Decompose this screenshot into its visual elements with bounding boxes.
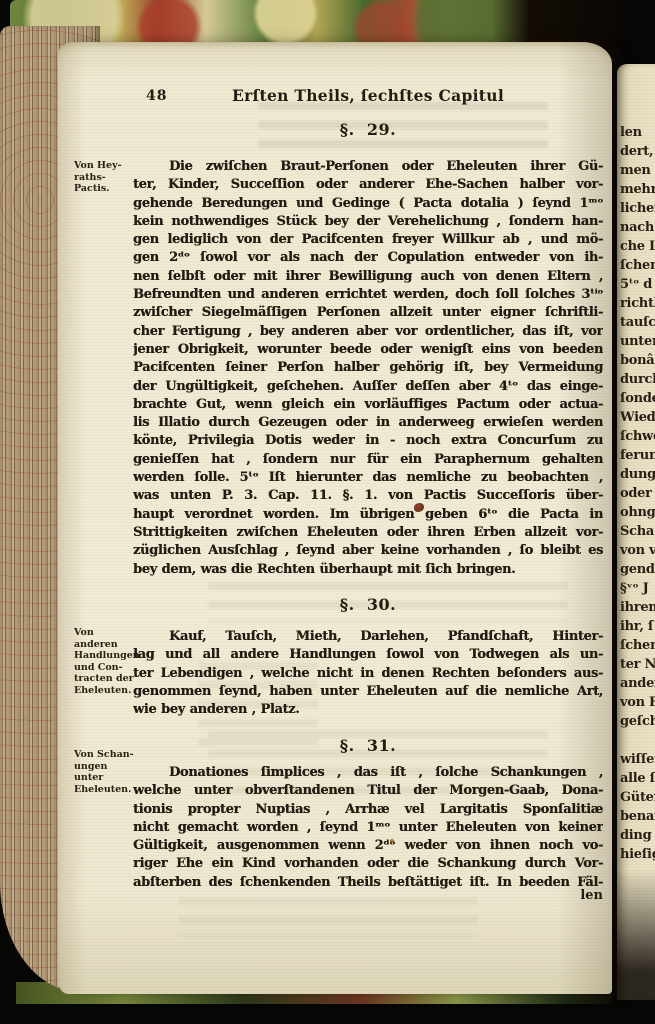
book-photograph: 48 Erſten Theils, ſechſtes Capitul §. 29… bbox=[0, 0, 655, 1024]
text-fragment: wiſſern bbox=[620, 750, 655, 769]
next-page-text-fragments-lower: wiſſernalle ſoGüterbenandinghieſige bbox=[620, 750, 655, 864]
next-page-text-fragments-upper: lendert,menmehrlichennachche Lſchen5ᵗᵒ d… bbox=[620, 123, 655, 731]
margin-note-heyraths-pactis: Von Hey-raths-Pactis. bbox=[74, 160, 134, 195]
text-fragment: mehr bbox=[620, 180, 655, 199]
margin-note-line: und Con- bbox=[74, 662, 134, 674]
text-fragment: ſchenk bbox=[620, 636, 655, 655]
text-line: riger Ehe ein Kind vorhanden oder die Sc… bbox=[133, 855, 603, 873]
paragraph-30: Kauf, Tauſch, Mieth, Darlehen, Pfandſcha… bbox=[133, 628, 603, 723]
text-fragment: dert, bbox=[620, 142, 655, 161]
text-line: jener Obrigkeit, worunter beede oder wen… bbox=[133, 341, 603, 359]
text-fragment: ſchen bbox=[620, 256, 655, 275]
section-heading-30: §. 30. bbox=[133, 595, 603, 614]
text-line: zwiſcher Siegelmäſſigen Perſonen allzeit… bbox=[133, 304, 603, 322]
text-line: haupt verordnet worden. Im übrigen geben… bbox=[133, 506, 603, 524]
margin-note-line: Von anderen bbox=[74, 627, 134, 650]
margin-note-schankungen: Von Schan-ungen unterEheleuten. bbox=[74, 749, 134, 795]
text-fragment: che L bbox=[620, 237, 655, 256]
text-line: nen ſelbſt oder mit ihrer Bewilligung au… bbox=[133, 268, 603, 286]
left-page: 48 Erſten Theils, ſechſtes Capitul §. 29… bbox=[58, 42, 612, 994]
text-line: genieſſen hat , ſondern nur für ein Para… bbox=[133, 451, 603, 469]
text-fragment: geſche bbox=[620, 712, 655, 731]
text-line: tionis propter Nuptias , Arrhæ vel Largi… bbox=[133, 801, 603, 819]
text-line: züglichen Ausſchlag , ſeynd aber keine v… bbox=[133, 542, 603, 560]
text-line: Donationes ſimplices , das iſt , ſolche … bbox=[133, 764, 603, 782]
text-line: ter Lebendigen , welche nicht in denen R… bbox=[133, 665, 603, 683]
next-page-sliver: lendert,menmehrlichennachche Lſchen5ᵗᵒ d… bbox=[617, 64, 655, 1000]
text-line: der Ungültigkeit, geſchehen. Auſſer deſſ… bbox=[133, 378, 603, 396]
text-fragment: Wied bbox=[620, 408, 655, 427]
text-line: könte, Privilegia Dotis weder in - noch … bbox=[133, 432, 603, 450]
text-fragment: dung bbox=[620, 465, 655, 484]
text-fragment: durch bbox=[620, 370, 655, 389]
text-line: Strittigkeiten zwiſchen Eheleuten oder i… bbox=[133, 524, 603, 542]
text-fragment: ſonde bbox=[620, 389, 655, 408]
text-fragment: Güter bbox=[620, 788, 655, 807]
text-fragment: §ᵛᵒ J bbox=[620, 579, 655, 598]
margin-note-line: tracten der bbox=[74, 673, 134, 685]
text-line: kein nothwendiges Stück bey der Vereheli… bbox=[133, 213, 603, 231]
margin-note-line: Von Hey- bbox=[74, 160, 134, 172]
text-line: lis Illatio durch Gezeugen oder in ander… bbox=[133, 414, 603, 432]
paragraph-31: Donationes ſimplices , das iſt , ſolche … bbox=[133, 764, 603, 896]
margin-note-line: Eheleuten. bbox=[74, 784, 134, 796]
text-fragment: bonâ bbox=[620, 351, 655, 370]
text-fragment: von v bbox=[620, 541, 655, 560]
text-fragment: ding bbox=[620, 826, 655, 845]
text-fragment: 5ᵗᵒ d bbox=[620, 275, 655, 294]
text-fragment: alle ſo bbox=[620, 769, 655, 788]
text-fragment: tauſc bbox=[620, 313, 655, 332]
section-heading-29: §. 29. bbox=[133, 120, 603, 139]
margin-note-line: Von Schan- bbox=[74, 749, 134, 761]
text-fragment: ihr, ſ bbox=[620, 617, 655, 636]
text-line: Gültigkeit, ausgenommen wenn 2ᵈᵒ weder v… bbox=[133, 837, 603, 855]
margin-note-handlungen: Von anderenHandlungenund Con-tracten der… bbox=[74, 627, 134, 696]
text-fragment: von F bbox=[620, 693, 655, 712]
text-line: Befreundten und anderen errichtet werden… bbox=[133, 286, 603, 304]
text-line: ter, Kinder, Succeſſion oder anderer Ehe… bbox=[133, 176, 603, 194]
text-fragment: lichen bbox=[620, 199, 655, 218]
text-line: welche unter obverſtandenen Titul der Mo… bbox=[133, 782, 603, 800]
margin-note-line: raths-Pactis. bbox=[74, 172, 134, 195]
text-line: werden ſolle. 5ᵗᵒ Iſt hierunter das neml… bbox=[133, 469, 603, 487]
margin-note-line: Handlungen bbox=[74, 650, 134, 662]
text-line: gen lediglich von der Pacifcenten freyer… bbox=[133, 231, 603, 249]
text-fragment: ander bbox=[620, 674, 655, 693]
section-heading-31: §. 31. bbox=[133, 736, 603, 755]
running-title: Erſten Theils, ſechſtes Capitul bbox=[133, 86, 603, 105]
text-line: gen 2ᵈᵒ ſowol vor als nach der Copulatio… bbox=[133, 249, 603, 267]
ink-speck bbox=[390, 839, 394, 843]
text-fragment: nach bbox=[620, 218, 655, 237]
text-fragment: unter bbox=[620, 332, 655, 351]
text-line: cher Fertigung , bey anderen aber vor or… bbox=[133, 323, 603, 341]
text-fragment: len bbox=[620, 123, 655, 142]
text-line: nicht gemacht worden , ſeynd 1ᵐᵒ unter E… bbox=[133, 819, 603, 837]
margin-note-line: Eheleuten. bbox=[74, 685, 134, 697]
text-line: Kauf, Tauſch, Mieth, Darlehen, Pfandſcha… bbox=[133, 628, 603, 646]
text-fragment: oder ſ bbox=[620, 484, 655, 503]
text-fragment: benan bbox=[620, 807, 655, 826]
text-line: wie bey anderen , Platz. bbox=[133, 701, 603, 719]
text-line: lag und all andere Handlungen ſowol von … bbox=[133, 646, 603, 664]
text-fragment: Scha bbox=[620, 522, 655, 541]
catchword: len bbox=[133, 888, 603, 903]
text-fragment: richtl bbox=[620, 294, 655, 313]
text-fragment: ohnge bbox=[620, 503, 655, 522]
text-fragment: hieſige bbox=[620, 845, 655, 864]
text-line: genommen ſeynd, haben unter Eheleuten au… bbox=[133, 683, 603, 701]
text-line: gehende Beredungen und Gedinge ( Pacta d… bbox=[133, 195, 603, 213]
text-line: bey dem, was die Rechten überhaupt mit ſ… bbox=[133, 561, 603, 579]
show-through bbox=[178, 897, 478, 937]
paragraph-29: Die zwiſchen Braut-Perſonen oder Eheleut… bbox=[133, 158, 603, 580]
text-line: brachte Gut, wenn gleich ein vorläuffige… bbox=[133, 396, 603, 414]
text-line: Die zwiſchen Braut-Perſonen oder Eheleut… bbox=[133, 158, 603, 176]
text-line: was unten P. 3. Cap. 11. §. 1. von Pacti… bbox=[133, 487, 603, 505]
text-fragment: men bbox=[620, 161, 655, 180]
margin-note-line: ungen unter bbox=[74, 761, 134, 784]
text-fragment: ter N bbox=[620, 655, 655, 674]
text-fragment: ferun bbox=[620, 446, 655, 465]
text-fragment: ihrem bbox=[620, 598, 655, 617]
text-fragment: ſchwe bbox=[620, 427, 655, 446]
text-line: Pacifcenten ſeiner Perſon halber gehörig… bbox=[133, 359, 603, 377]
text-fragment: gende bbox=[620, 560, 655, 579]
